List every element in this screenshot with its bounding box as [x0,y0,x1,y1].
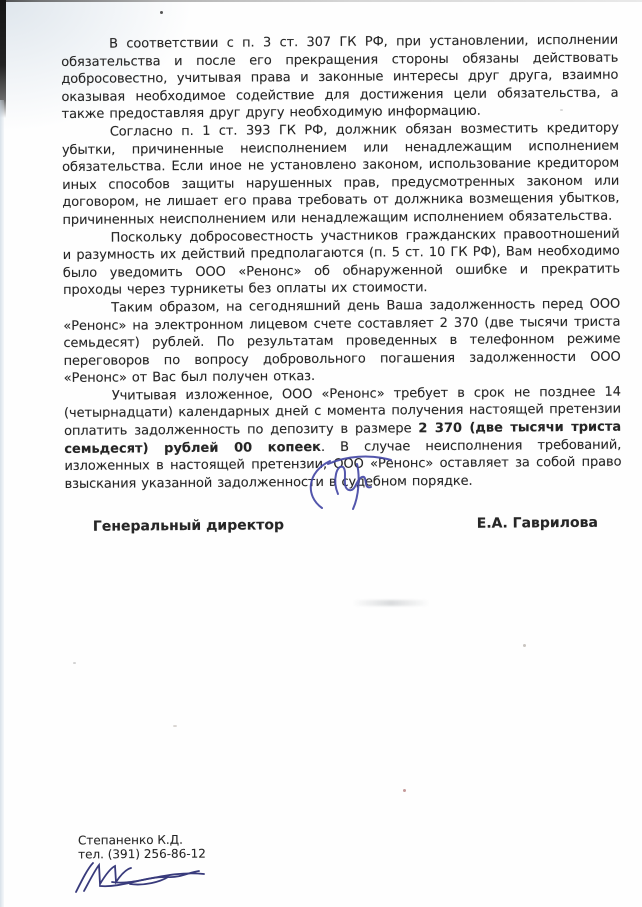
scan-speck [160,11,163,14]
letter-body: В соответствии с п. 3 ст. 307 ГК РФ, при… [61,32,622,536]
contact-phone: тел. (391) 256-86-12 [78,847,206,861]
scan-left-tint [0,100,4,907]
scan-speck [173,725,177,727]
signer-name: Е.А. Гаврилова [477,515,598,532]
paragraph-debt-amount: Таким образом, на сегодняшний день Ваша … [63,296,621,388]
paragraph-gk-393: Согласно п. 1 ст. 393 ГК РФ, должник обя… [62,120,620,230]
signature-row: Генеральный директор Е.А. Гаврилова [65,515,622,535]
signer-title: Генеральный директор [93,518,284,536]
scan-top-edge [0,0,642,2]
paragraph-gk-10: Поскольку добросовестность участников гр… [63,225,621,300]
scan-speck [73,662,76,664]
scan-speck [523,644,526,647]
scanned-letter-page: В соответствии с п. 3 ст. 307 ГК РФ, при… [0,0,642,907]
scan-smudge [352,600,430,606]
contact-signature-ink [64,858,214,896]
contact-block: Степаненко К.Д. тел. (391) 256-86-12 [78,834,206,862]
paragraph-gk-307: В соответствии с п. 3 ст. 307 ГК РФ, при… [61,32,619,124]
paragraph-demand: Учитывая изложенное, ООО «Ренонс» требуе… [64,383,622,493]
scan-speck [403,789,406,792]
